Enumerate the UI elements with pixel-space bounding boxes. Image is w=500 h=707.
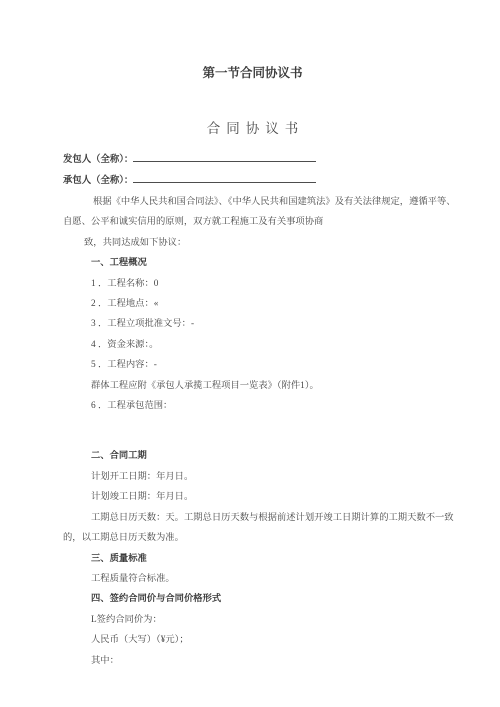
section-heading: 第一节合同协议书	[63, 0, 442, 83]
intro-line: 根据《中华人民共和国合同法》、《中华人民共和国建筑法》及有关法律规定，遵循平等、	[63, 192, 442, 212]
clause-line: 群体工程应附《承包人承揽工程项目一览表》（附件1）。	[63, 376, 442, 396]
clause-line-continuation: 的，以工期总日历天数为准。	[63, 528, 442, 548]
document-title: 合同协议书	[63, 118, 442, 140]
party-a-blank-field[interactable]	[133, 150, 316, 162]
intro-line: 致，共同达成如下协议：	[63, 233, 442, 253]
clause-line: 人民币（大写）（¥元）；	[63, 630, 442, 650]
clause-heading: 四、签约合同价与合同价格形式	[63, 589, 442, 609]
document-body: 根据《中华人民共和国合同法》、《中华人民共和国建筑法》及有关法律规定，遵循平等、…	[63, 192, 442, 671]
party-fields: 发包人（全称）： 承包人（全称）：	[63, 150, 442, 192]
clause-heading: 二、合同工期	[63, 446, 442, 466]
party-a-row: 发包人（全称）：	[63, 150, 442, 171]
clause-line: L签约合同价为：	[63, 610, 442, 630]
contract-document-page: 第一节合同协议书 合同协议书 发包人（全称）： 承包人（全称）： 根据《中华人民…	[0, 0, 500, 707]
spacer	[63, 416, 442, 446]
party-b-blank-field[interactable]	[133, 171, 316, 183]
clause-line-continuation: 自愿、公平和诚实信用的原则，双方就工程施工及有关事项协商	[63, 212, 442, 232]
clause-heading: 一、工程概况	[63, 253, 442, 273]
clause-line: 其中：	[63, 651, 442, 671]
clause-line: 2 ．工程地点：«	[63, 294, 442, 314]
clause-line: 5 ．工程内容：-	[63, 355, 442, 375]
clause-line: 4 ．资金来源：。	[63, 335, 442, 355]
clause-line: 计划竣工日期：年月日。	[63, 487, 442, 507]
clause-line: 计划开工日期：年月日。	[63, 467, 442, 487]
party-b-label: 承包人（全称）：	[63, 176, 133, 186]
party-a-label: 发包人（全称）：	[63, 155, 133, 165]
clause-line: 工程质量符合标准。	[63, 569, 442, 589]
clause-line: 1 ．工程名称：0	[63, 274, 442, 294]
clause-heading: 三、质量标准	[63, 549, 442, 569]
clause-line: 工期总日历天数：天。工期总日历天数与根据前述计划开竣工日期计算的工期天数不一致	[63, 508, 442, 528]
party-b-row: 承包人（全称）：	[63, 171, 442, 192]
clause-line: 3 ．工程立项批准文号：-	[63, 314, 442, 334]
clause-line: 6 ．工程承包范围：	[63, 396, 442, 416]
